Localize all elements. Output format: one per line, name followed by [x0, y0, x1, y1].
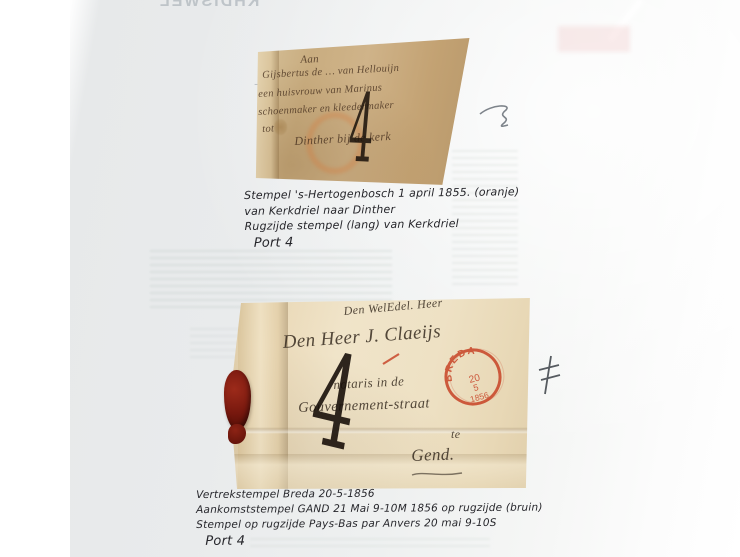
- cover-kerkdriel-1855: Aan Gijsbertus de … van Hellouijn een hu…: [248, 34, 474, 188]
- red-crayon-tick: [382, 352, 402, 366]
- address-line: Gijsbertus de … van Hellouijn: [262, 63, 399, 81]
- signature-flourish: [410, 470, 466, 478]
- paper-stain: [274, 119, 287, 135]
- annotation-block-top: Stempel 's-Hertogenbosch 1 april 1855. (…: [244, 184, 520, 251]
- cover-breda-1856: Den WelEdel. Heer Den Heer J. Claeijs no…: [230, 294, 536, 494]
- photo-album-page: KHDISWEL 85/180- Aan Gijsbertus de … van…: [0, 0, 740, 557]
- address-line: te: [451, 427, 460, 442]
- annotation-port: Port 4: [205, 532, 543, 549]
- address-line: Den Heer J. Claeijs: [282, 321, 442, 354]
- showthrough-header: KHDISWEL: [158, 0, 259, 11]
- showthrough-paragraph: [150, 250, 392, 308]
- annotation-block-bottom: Vertrekstempel Breda 20-5-1856 Aankomsts…: [196, 486, 543, 549]
- address-line: Gend.: [411, 444, 455, 465]
- pencil-check-mark: [534, 352, 564, 400]
- port-4-marking: 4: [349, 82, 374, 178]
- breda-datestamp: BREDA 20 5 1856: [433, 337, 514, 418]
- port-4-marking: 4: [310, 334, 360, 473]
- annotation-line: Stempel op rugzijde Pays-Bas par Anvers …: [196, 516, 543, 533]
- address-line: Aan: [300, 53, 319, 66]
- address-line: tot: [262, 123, 275, 135]
- fold-crease: [236, 428, 532, 433]
- fold-underlap: [234, 454, 534, 490]
- pencil-squiggle-mark: [474, 96, 520, 138]
- postmark-year: 1856: [469, 390, 490, 405]
- showthrough-pink-patch: [558, 26, 630, 52]
